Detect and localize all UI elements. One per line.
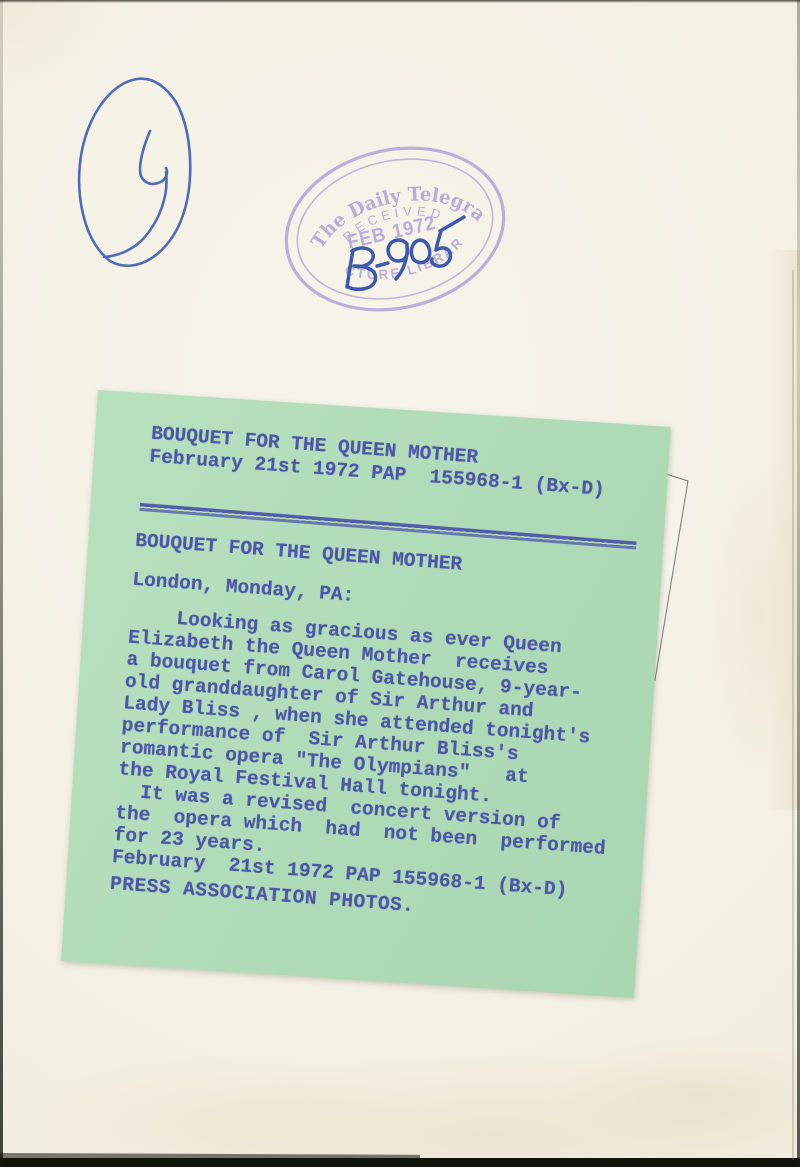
paper-stain bbox=[0, 1000, 800, 1160]
photo-back: The Daily Telegraph RECEIVED FEB 1972 PI… bbox=[0, 0, 800, 1167]
library-stamp: The Daily Telegraph RECEIVED FEB 1972 PI… bbox=[260, 130, 520, 325]
caption-label: BOUQUET FOR THE QUEEN MOTHER February 21… bbox=[61, 390, 671, 998]
paper-edge bbox=[0, 0, 3, 1167]
paper-crease bbox=[792, 270, 794, 1160]
pen-mark-icon bbox=[60, 60, 210, 280]
paper-edge bbox=[0, 1158, 800, 1167]
caption-header: BOUQUET FOR THE QUEEN MOTHER February 21… bbox=[149, 423, 669, 507]
caption-body: Looking as gracious as ever Queen Elizab… bbox=[111, 605, 655, 907]
paper-edge bbox=[0, 0, 800, 3]
